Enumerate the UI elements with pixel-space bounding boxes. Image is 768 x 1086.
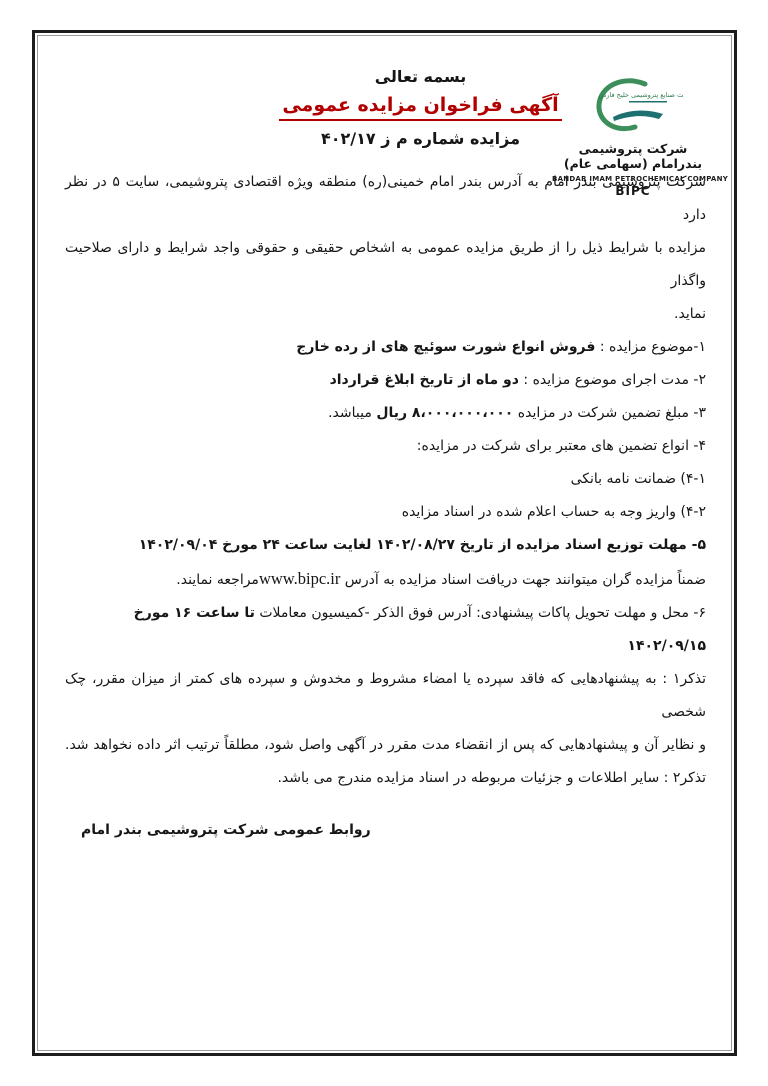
item-text: ۱-موضوع مزایده : (595, 339, 706, 355)
intro-line: نماید. (65, 298, 706, 331)
item-text-bold: ۵- مهلت توزیع اسناد مزایده از تاریخ ۱۴۰۲… (139, 537, 706, 553)
auction-item-1: ۱-موضوع مزایده : فروش انواع شورت سوئیچ ه… (65, 331, 706, 364)
document-content: بسمه تعالی آگهی فراخوان مزایده عمومی مزا… (38, 36, 731, 841)
document-header: بسمه تعالی آگهی فراخوان مزایده عمومی مزا… (65, 66, 706, 150)
item-text: ۶- محل و مهلت تحویل پاکات پیشنهادی: آدرس… (255, 605, 706, 621)
notice-body: شرکت پتروشیمی بندر امام به آدرس بندر اما… (65, 166, 706, 841)
item-text-bold: ۸،۰۰۰،۰۰۰،۰۰۰ ریال (376, 405, 513, 421)
auction-item-2: ۲- مدت اجرای موضوع مزایده : دو ماه از تا… (65, 364, 706, 397)
website-line: ضمناً مزایده گران میتوانند جهت دریافت اس… (65, 562, 706, 597)
document-sheet: شرکت صنایع پتروشیمی خلیج فارس شرکت پتروش… (32, 30, 737, 1056)
intro-line: شرکت پتروشیمی بندر امام به آدرس بندر اما… (65, 166, 706, 232)
item-text: ۴- انواع تضمین های معتبر برای شرکت در مز… (417, 438, 706, 454)
note2-line: تذکر۲ : سایر اطلاعات و جزئیات مربوطه در … (65, 762, 706, 795)
auction-item-6: ۶- محل و مهلت تحویل پاکات پیشنهادی: آدرس… (65, 597, 706, 663)
auction-item-5: ۵- مهلت توزیع اسناد مزایده از تاریخ ۱۴۰۲… (65, 529, 706, 562)
item-text: ۳- مبلغ تضمین شرکت در مزایده (513, 405, 706, 421)
item-text-bold: فروش انواع شورت سوئیچ های از رده خارج (296, 339, 595, 355)
item-text: ۴-۲) واریز وجه به حساب اعلام شده در اسنا… (402, 504, 706, 520)
item-text: میباشد. (328, 405, 376, 421)
footer-signature: روابط عمومی شرکت پتروشیمی بندر امام (65, 819, 706, 841)
item-text: ۴-۱) ضمانت نامه بانکی (571, 471, 706, 487)
auction-item-3: ۳- مبلغ تضمین شرکت در مزایده ۸،۰۰۰،۰۰۰،۰… (65, 397, 706, 430)
item-text: ۲- مدت اجرای موضوع مزایده : (519, 372, 706, 388)
intro-line: مزایده با شرایط ذیل را از طریق مزایده عم… (65, 232, 706, 298)
website-line-text: مراجعه نمایند. (176, 572, 259, 588)
note1-line: و نظایر آن و پیشنهادهایی که پس از انقضاء… (65, 729, 706, 762)
auction-item-4: ۴- انواع تضمین های معتبر برای شرکت در مز… (65, 430, 706, 463)
website-line-text: ضمناً مزایده گران میتوانند جهت دریافت اس… (340, 572, 706, 588)
notice-title: آگهی فراخوان مزایده عمومی (279, 93, 561, 121)
auction-item-4-2: ۴-۲) واریز وجه به حساب اعلام شده در اسنا… (65, 496, 706, 529)
bismillah-line: بسمه تعالی (135, 66, 706, 88)
website-url: www.bipc.ir (259, 569, 340, 588)
note1-line: تذکر۱ : به پیشنهادهایی که فاقد سپرده یا … (65, 663, 706, 729)
auction-number-line: مزایده شماره م ز ۴۰۲/۱۷ (135, 128, 706, 150)
item-text-bold: دو ماه از تاریخ ابلاغ قرارداد (330, 372, 519, 388)
auction-item-4-1: ۴-۱) ضمانت نامه بانکی (65, 463, 706, 496)
